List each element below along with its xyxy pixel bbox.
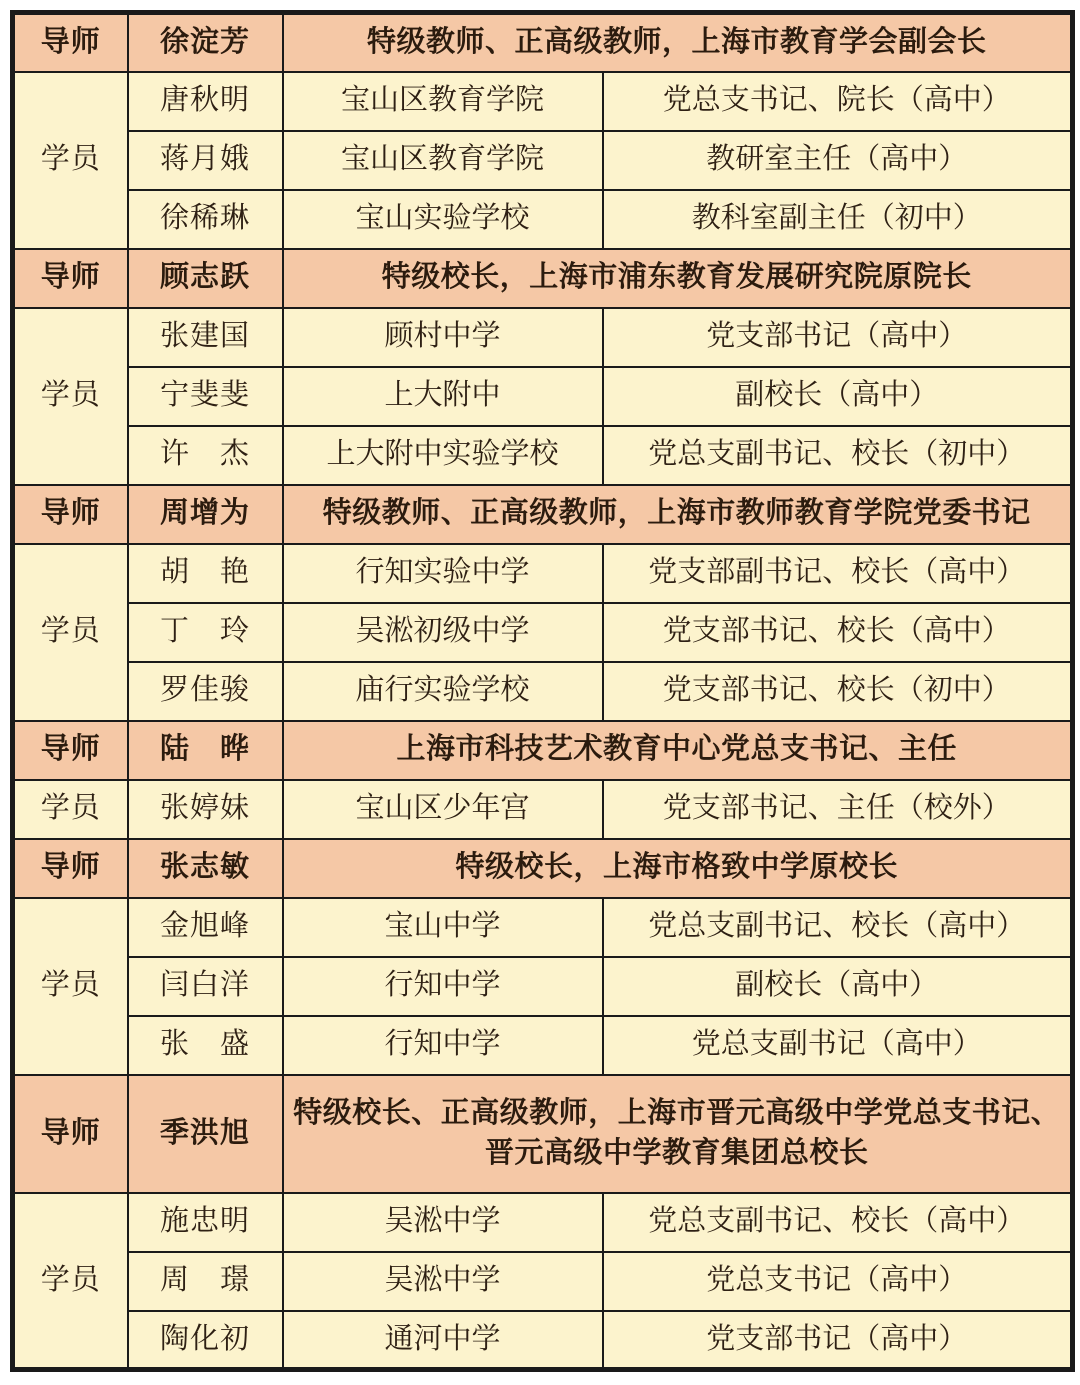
student-name: 胡 艳 [128,544,283,603]
student-name: 丁 玲 [128,603,283,662]
student-row: 丁 玲 吴淞初级中学 党支部书记、校长（高中） [13,603,1073,662]
student-school: 上大附中 [283,367,603,426]
student-position: 教科室副主任（初中） [603,190,1073,249]
mentor-name: 季洪旭 [128,1075,283,1193]
mentor-description: 特级校长、正高级教师，上海市晋元高级中学党总支书记、晋元高级中学教育集团总校长 [283,1075,1073,1193]
student-name: 徐稀琳 [128,190,283,249]
student-row: 罗佳骏 庙行实验学校 党支部书记、校长（初中） [13,662,1073,721]
mentor-row: 导师 张志敏 特级校长，上海市格致中学原校长 [13,839,1073,898]
student-row: 周 璟 吴淞中学 党总支书记（高中） [13,1252,1073,1311]
student-school: 宝山实验学校 [283,190,603,249]
mentor-name: 顾志跃 [128,249,283,308]
student-school: 宝山区少年宫 [283,780,603,839]
mentor-row: 导师 季洪旭 特级校长、正高级教师，上海市晋元高级中学党总支书记、晋元高级中学教… [13,1075,1073,1193]
student-name: 宁斐斐 [128,367,283,426]
student-role-label: 学员 [13,544,128,721]
student-school: 上大附中实验学校 [283,426,603,485]
student-name: 陶化初 [128,1311,283,1370]
mentor-name: 周增为 [128,485,283,544]
student-position: 党总支副书记、校长（高中） [603,898,1073,957]
mentor-description: 特级教师、正高级教师，上海市教师教育学院党委书记 [283,485,1073,544]
student-name: 闫白洋 [128,957,283,1016]
student-name: 金旭峰 [128,898,283,957]
mentor-student-roster-table: 导师 徐淀芳 特级教师、正高级教师，上海市教育学会副会长 学员 唐秋明 宝山区教… [10,10,1075,1372]
student-name: 罗佳骏 [128,662,283,721]
mentor-role-label: 导师 [13,839,128,898]
mentor-name: 徐淀芳 [128,13,283,72]
student-position: 党总支副书记（高中） [603,1016,1073,1075]
mentor-row: 导师 陆 晔 上海市科技艺术教育中心党总支书记、主任 [13,721,1073,780]
mentor-description: 上海市科技艺术教育中心党总支书记、主任 [283,721,1073,780]
student-row: 学员 金旭峰 宝山中学 党总支副书记、校长（高中） [13,898,1073,957]
student-row: 宁斐斐 上大附中 副校长（高中） [13,367,1073,426]
student-role-label: 学员 [13,780,128,839]
mentor-name: 张志敏 [128,839,283,898]
student-name: 施忠明 [128,1193,283,1252]
mentor-role-label: 导师 [13,249,128,308]
student-position: 副校长（高中） [603,957,1073,1016]
student-school: 吴淞中学 [283,1193,603,1252]
mentor-role-label: 导师 [13,485,128,544]
student-position: 副校长（高中） [603,367,1073,426]
mentor-role-label: 导师 [13,13,128,72]
mentor-description: 特级校长，上海市格致中学原校长 [283,839,1073,898]
mentor-name: 陆 晔 [128,721,283,780]
student-position: 党支部副书记、校长（高中） [603,544,1073,603]
student-school: 宝山中学 [283,898,603,957]
student-position: 党总支书记（高中） [603,1252,1073,1311]
student-name: 张婷妹 [128,780,283,839]
student-row: 学员 胡 艳 行知实验中学 党支部副书记、校长（高中） [13,544,1073,603]
student-school: 行知实验中学 [283,544,603,603]
student-name: 张 盛 [128,1016,283,1075]
student-name: 蒋月娥 [128,131,283,190]
mentor-description: 特级教师、正高级教师，上海市教育学会副会长 [283,13,1073,72]
student-position: 党总支书记、院长（高中） [603,72,1073,131]
student-position: 党总支副书记、校长（高中） [603,1193,1073,1252]
student-school: 宝山区教育学院 [283,72,603,131]
student-name: 张建国 [128,308,283,367]
student-row: 学员 施忠明 吴淞中学 党总支副书记、校长（高中） [13,1193,1073,1252]
student-row: 徐稀琳 宝山实验学校 教科室副主任（初中） [13,190,1073,249]
student-school: 宝山区教育学院 [283,131,603,190]
mentor-row: 导师 顾志跃 特级校长，上海市浦东教育发展研究院原院长 [13,249,1073,308]
student-row: 蒋月娥 宝山区教育学院 教研室主任（高中） [13,131,1073,190]
student-role-label: 学员 [13,308,128,485]
mentor-role-label: 导师 [13,721,128,780]
student-position: 党总支副书记、校长（初中） [603,426,1073,485]
student-row: 学员 张婷妹 宝山区少年宫 党支部书记、主任（校外） [13,780,1073,839]
student-school: 庙行实验学校 [283,662,603,721]
student-school: 行知中学 [283,1016,603,1075]
page: 导师 徐淀芳 特级教师、正高级教师，上海市教育学会副会长 学员 唐秋明 宝山区教… [0,0,1080,1385]
student-name: 唐秋明 [128,72,283,131]
student-row: 闫白洋 行知中学 副校长（高中） [13,957,1073,1016]
student-row: 学员 张建国 顾村中学 党支部书记（高中） [13,308,1073,367]
student-school: 行知中学 [283,957,603,1016]
student-position: 教研室主任（高中） [603,131,1073,190]
student-role-label: 学员 [13,898,128,1075]
student-role-label: 学员 [13,1193,128,1370]
student-school: 吴淞初级中学 [283,603,603,662]
mentor-role-label: 导师 [13,1075,128,1193]
student-row: 陶化初 通河中学 党支部书记（高中） [13,1311,1073,1370]
student-name: 周 璟 [128,1252,283,1311]
student-row: 张 盛 行知中学 党总支副书记（高中） [13,1016,1073,1075]
student-school: 通河中学 [283,1311,603,1370]
student-school: 顾村中学 [283,308,603,367]
student-position: 党支部书记、校长（高中） [603,603,1073,662]
mentor-row: 导师 周增为 特级教师、正高级教师，上海市教师教育学院党委书记 [13,485,1073,544]
student-name: 许 杰 [128,426,283,485]
student-position: 党支部书记（高中） [603,308,1073,367]
student-position: 党支部书记、主任（校外） [603,780,1073,839]
student-position: 党支部书记、校长（初中） [603,662,1073,721]
student-school: 吴淞中学 [283,1252,603,1311]
mentor-row: 导师 徐淀芳 特级教师、正高级教师，上海市教育学会副会长 [13,13,1073,72]
student-role-label: 学员 [13,72,128,249]
student-row: 学员 唐秋明 宝山区教育学院 党总支书记、院长（高中） [13,72,1073,131]
student-position: 党支部书记（高中） [603,1311,1073,1370]
student-row: 许 杰 上大附中实验学校 党总支副书记、校长（初中） [13,426,1073,485]
mentor-description: 特级校长，上海市浦东教育发展研究院原院长 [283,249,1073,308]
